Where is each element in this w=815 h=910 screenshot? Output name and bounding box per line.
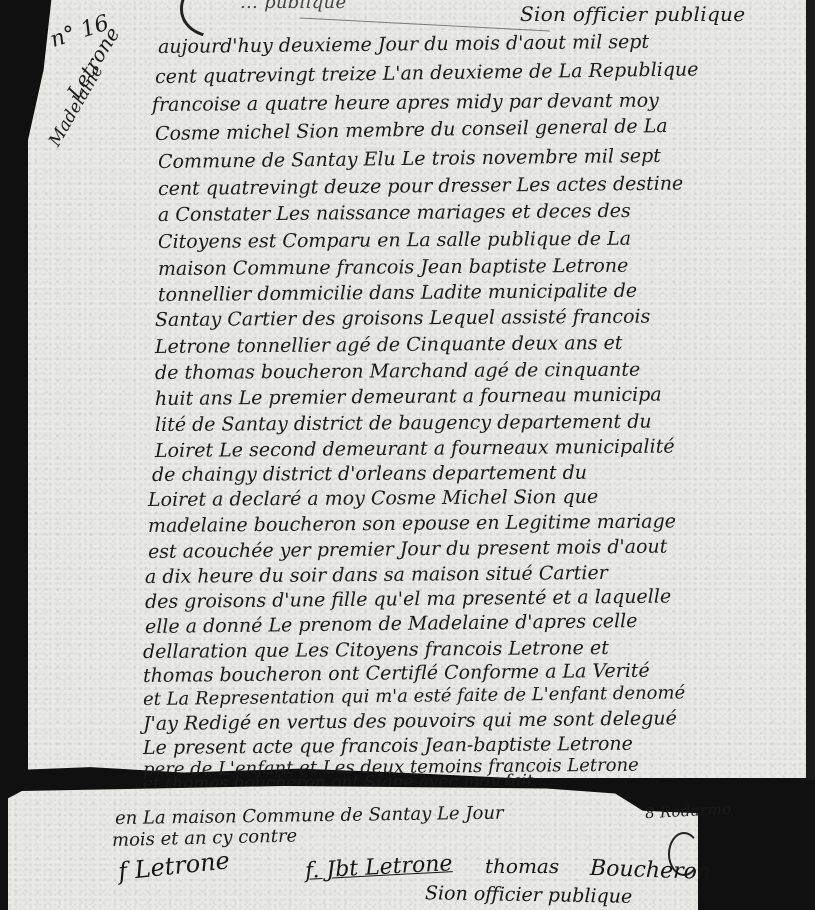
right-annotation: 8 Rodarmo (645, 800, 732, 822)
act-line-21: a dix heure du soir dans sa maison situé… (145, 562, 608, 588)
signature-officer-sion: Sion officier publique (425, 882, 633, 908)
act-line-16: Loiret Le second demeurant a fourneaux m… (155, 435, 675, 462)
act-line-18: Loiret a declaré a moy Cosme Michel Sion… (148, 486, 598, 511)
act-line-24: dellaration que Les Citoyens francois Le… (143, 637, 609, 663)
signature-thomas: thomas (485, 854, 559, 878)
act-line-14: huit ans Le premier demeurant a fourneau… (155, 384, 662, 410)
act-line-3: francoise a quatre heure apres midy par … (152, 90, 659, 116)
header-remnant: Sion officier publique (520, 2, 745, 26)
act-line-7: a Constater Les naissance mariages et de… (158, 200, 631, 226)
scan-edge-right (806, 0, 815, 780)
act-line-13: de thomas boucheron Marchand agé de cinq… (155, 359, 640, 384)
act-line-11: Santay Cartier des groisons Lequel assis… (155, 306, 650, 331)
act-line-9: maison Commune francois Jean baptiste Le… (158, 255, 628, 280)
act-line-12: Letrone tonnellier agé de Cinquante deux… (155, 332, 623, 358)
act-line-8: Citoyens est Comparu en La salle publiqu… (158, 228, 631, 253)
act-line-19: madelaine boucheron son epouse en Legiti… (148, 510, 676, 537)
signature-boucheron: Boucheron (590, 856, 712, 885)
header-left-remnant: ... publique (240, 0, 346, 13)
act-line-15: lité de Santay district de baugency depa… (155, 411, 652, 436)
act-line-10: tonnellier dommicilie dans Ladite munici… (158, 280, 637, 306)
act-line-17: de chaingy district d'orleans departemen… (152, 462, 587, 486)
